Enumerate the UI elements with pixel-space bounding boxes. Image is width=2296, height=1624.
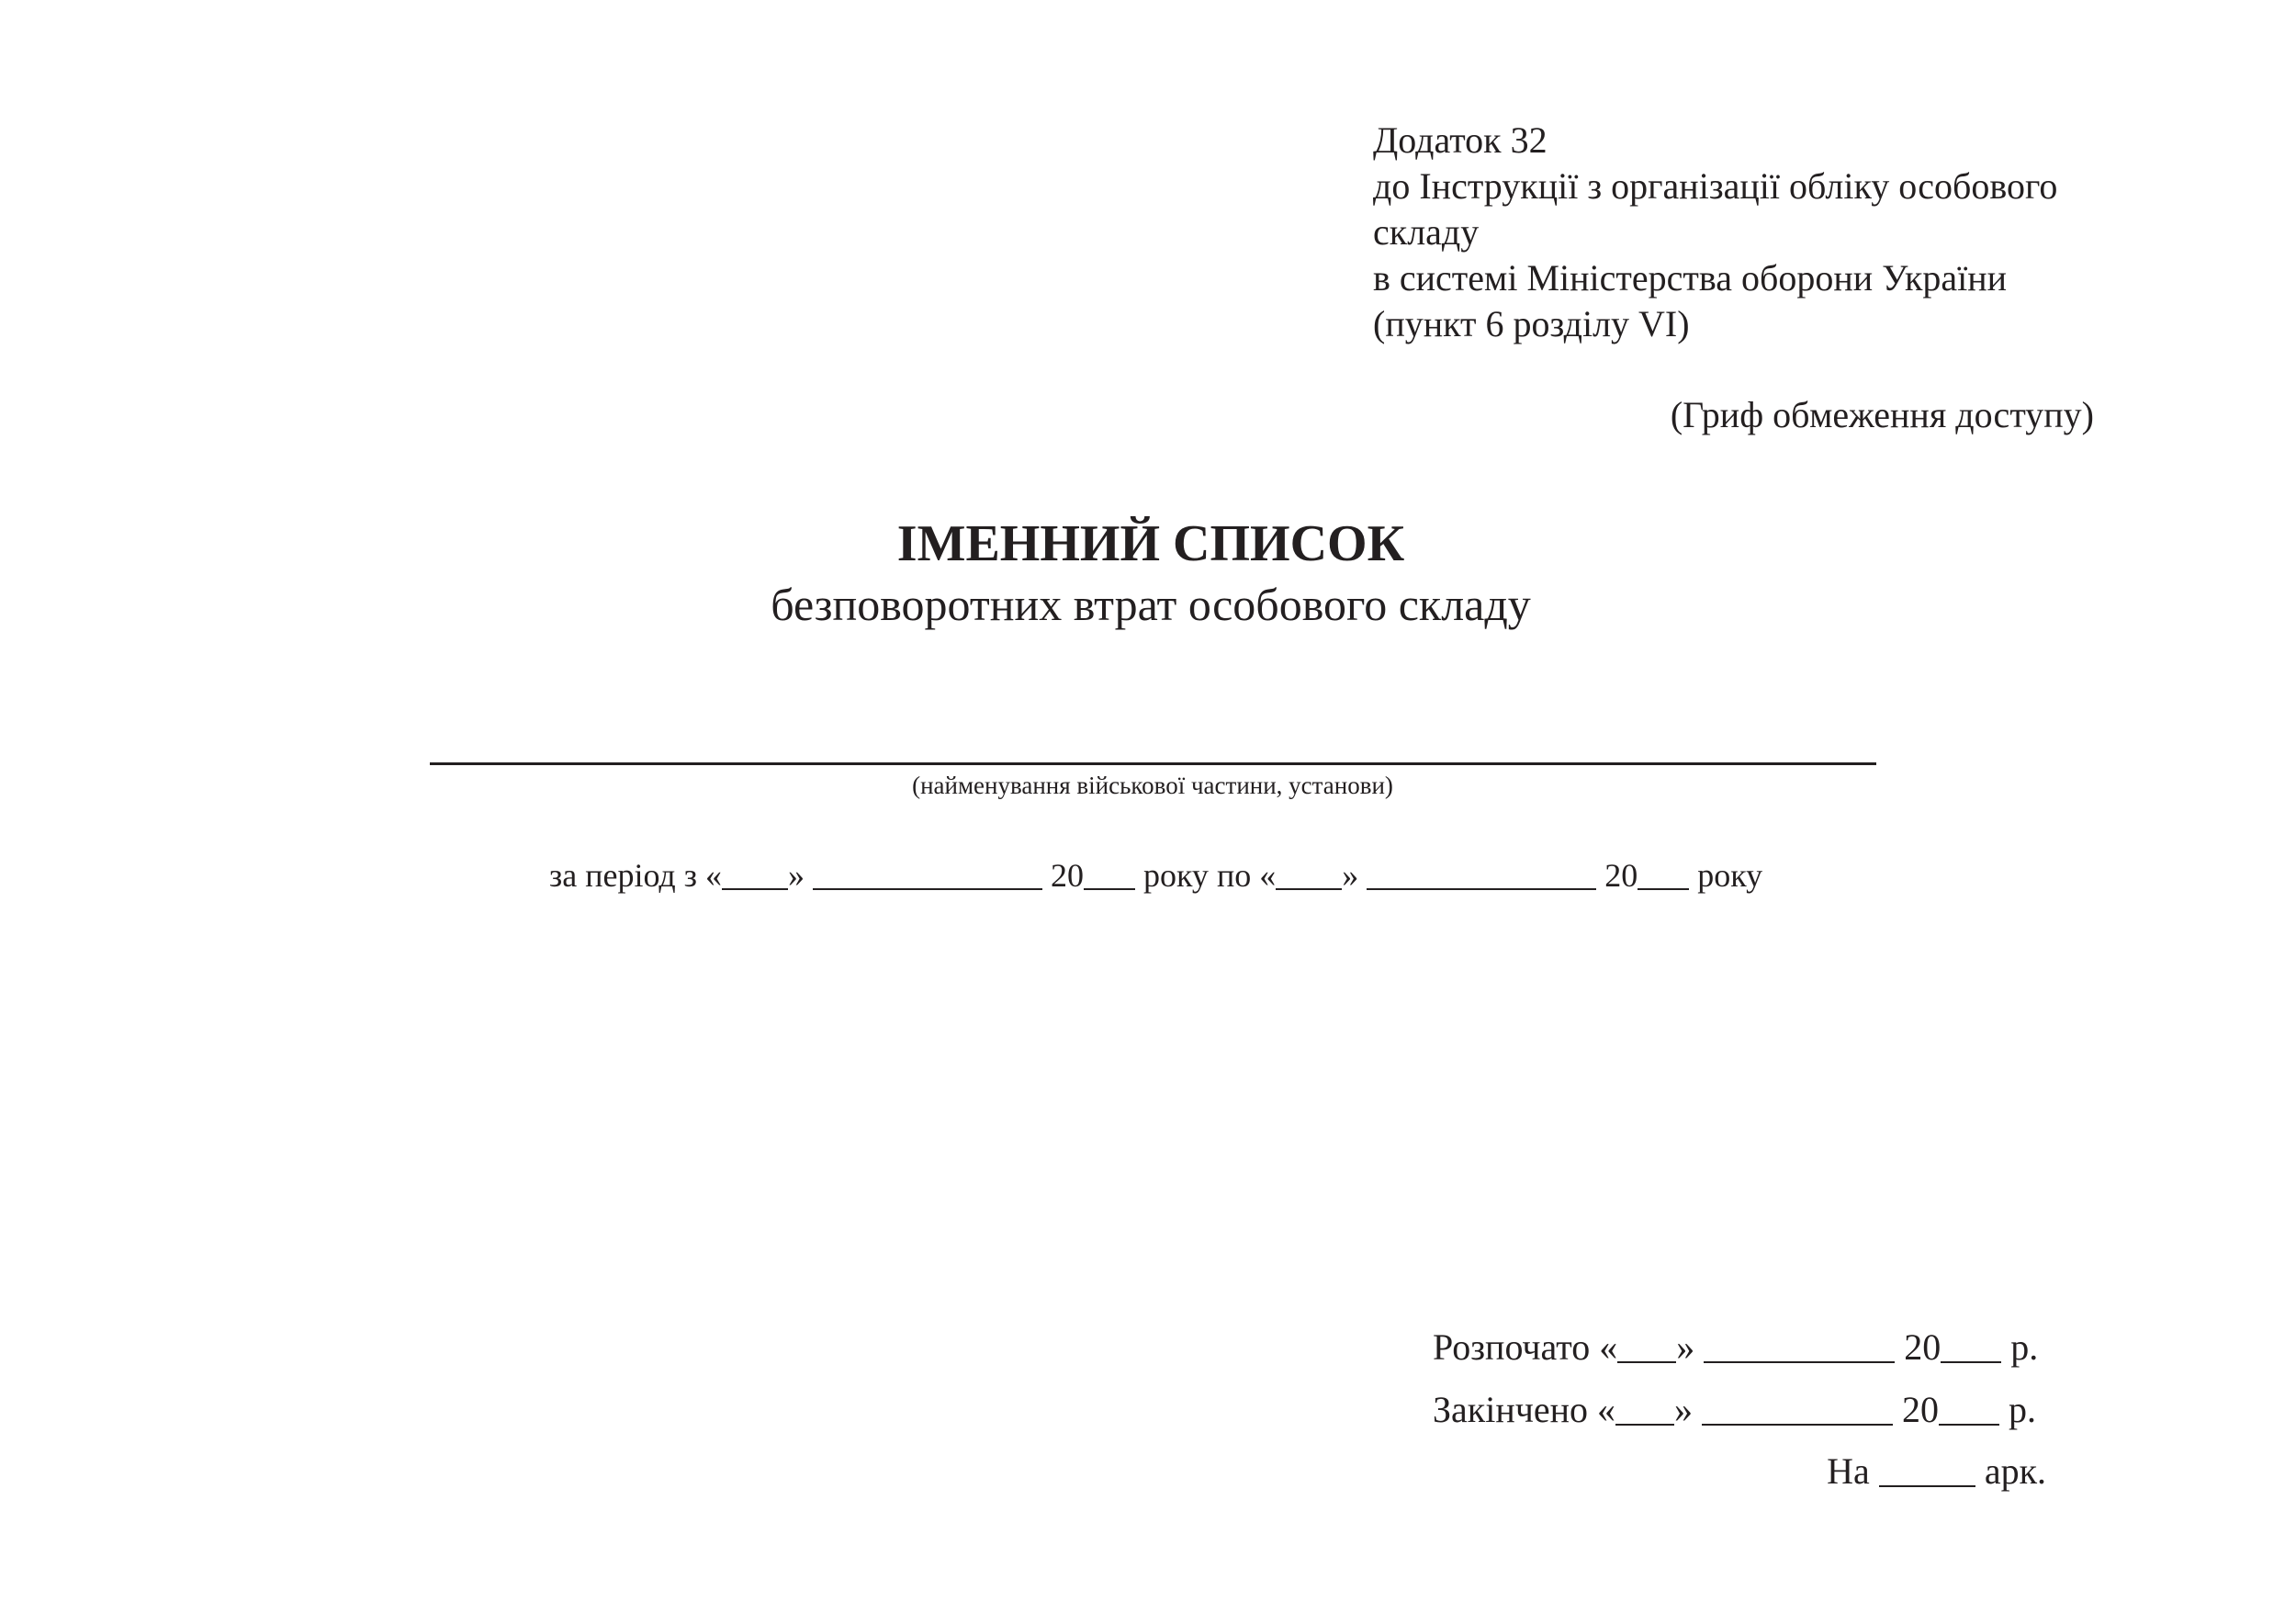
close-quote: » (1342, 857, 1358, 894)
finished-label: Закінчено « (1433, 1389, 1615, 1430)
to-word: по « (1217, 857, 1276, 894)
appendix-instruction-line: до Інструкції з організації обліку особо… (1373, 164, 2057, 209)
period-from-day-field[interactable] (722, 861, 788, 890)
sheets-line: На арк. (1827, 1449, 2046, 1494)
started-month-field[interactable] (1704, 1334, 1895, 1363)
close-quote: » (1674, 1389, 1693, 1430)
document-subtitle: безповоротних втрат особового складу (0, 577, 2296, 632)
sheets-suffix: арк. (1985, 1450, 2046, 1492)
appendix-ministry-line: в системі Міністерства оборони України (1373, 255, 2057, 301)
period-from-year-field[interactable] (1084, 861, 1135, 890)
appendix-clause-line: (пункт 6 розділу VI) (1373, 301, 2057, 347)
finished-month-field[interactable] (1702, 1396, 1893, 1426)
century-prefix: 20 (1902, 1389, 1939, 1430)
close-quote: » (788, 857, 805, 894)
year-word: року (1697, 857, 1762, 894)
started-label: Розпочато « (1433, 1326, 1617, 1368)
period-to-year-field[interactable] (1638, 861, 1689, 890)
started-line: Розпочато «» 20 р. (1433, 1325, 2038, 1370)
century-prefix: 20 (1604, 857, 1638, 894)
year-abbrev: р. (2009, 1389, 2036, 1430)
appendix-number: Додаток 32 (1373, 118, 2057, 164)
finished-day-field[interactable] (1615, 1396, 1674, 1426)
unit-name-caption: (найменування військової частини, устано… (0, 770, 2296, 801)
access-restriction-label: (Гриф обмеження доступу) (1671, 392, 2094, 438)
document-title: ІМЕННИЙ СПИСОК (0, 514, 2296, 573)
close-quote: » (1676, 1326, 1694, 1368)
century-prefix: 20 (1904, 1326, 1941, 1368)
period-to-day-field[interactable] (1276, 861, 1342, 890)
period-from-month-field[interactable] (813, 861, 1042, 890)
century-prefix: 20 (1051, 857, 1084, 894)
period-prefix: за період з « (549, 857, 722, 894)
period-line: за період з «» 20 року по «» 20 року (549, 854, 1762, 897)
sheets-count-field[interactable] (1879, 1458, 1975, 1487)
unit-name-field[interactable] (430, 762, 1876, 765)
year-abbrev: р. (2010, 1326, 2038, 1368)
sheets-prefix: На (1827, 1450, 1870, 1492)
started-day-field[interactable] (1617, 1334, 1676, 1363)
finished-line: Закінчено «» 20 р. (1433, 1387, 2036, 1433)
period-to-month-field[interactable] (1367, 861, 1596, 890)
finished-year-field[interactable] (1939, 1396, 1999, 1426)
year-word: року (1143, 857, 1209, 894)
appendix-instruction-line: складу (1373, 209, 2057, 255)
started-year-field[interactable] (1941, 1334, 2001, 1363)
appendix-reference: Додаток 32 до Інструкції з організації о… (1373, 118, 2057, 347)
